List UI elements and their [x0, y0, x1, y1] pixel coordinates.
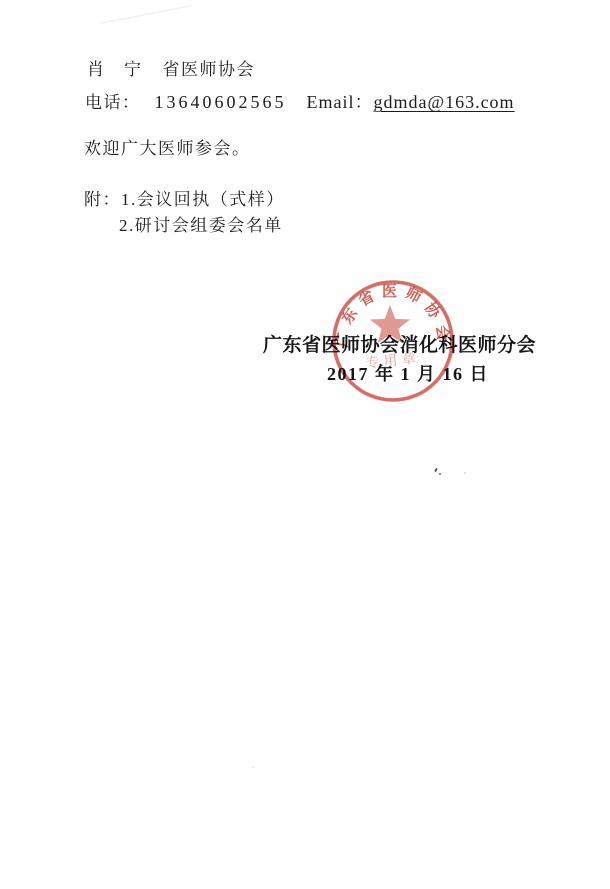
ink-speck — [434, 468, 438, 472]
contact-name-line: 肖 宁省医师协会 — [87, 61, 255, 78]
phone-label: 电话： — [85, 93, 141, 112]
email-address: gdmda@163.com — [374, 92, 515, 112]
contact-person-name: 肖 宁 — [87, 60, 143, 79]
signature-date-text: 2017 年 1 月 16 日 — [327, 364, 489, 384]
attachment-line-1: 附：1.会议回执（式样） — [84, 191, 285, 208]
contact-organization: 省医师协会 — [163, 60, 256, 79]
attachment-label: 附： — [84, 190, 121, 209]
phone-number: 13640602565 — [155, 92, 287, 112]
ink-speck — [252, 766, 254, 768]
welcome-line: 欢迎广大医师参会。 — [84, 140, 251, 157]
signature-organization: 广东省医师协会消化科医师分会 — [263, 336, 536, 355]
signature-organization-text: 广东省医师协会消化科医师分会 — [263, 335, 536, 356]
ink-speck — [439, 473, 441, 475]
attachment-line-2: 2.研讨会组委会名单 — [119, 217, 283, 234]
attachment-item-1: 1.会议回执（式样） — [121, 190, 285, 209]
contact-phone-email-line: 电话：13640602565Email：gdmda@163.com — [85, 93, 515, 111]
email-label: Email： — [307, 92, 374, 112]
signature-date: 2017 年 1 月 16 日 — [327, 365, 489, 383]
scanned-document-page: 肖 宁省医师协会 电话：13640602565Email：gdmda@163.c… — [0, 0, 610, 889]
welcome-text: 欢迎广大医师参会。 — [84, 139, 251, 158]
attachment-item-2: 2.研讨会组委会名单 — [119, 216, 283, 235]
scan-artifact-line — [101, 5, 192, 24]
ink-speck — [464, 472, 466, 474]
